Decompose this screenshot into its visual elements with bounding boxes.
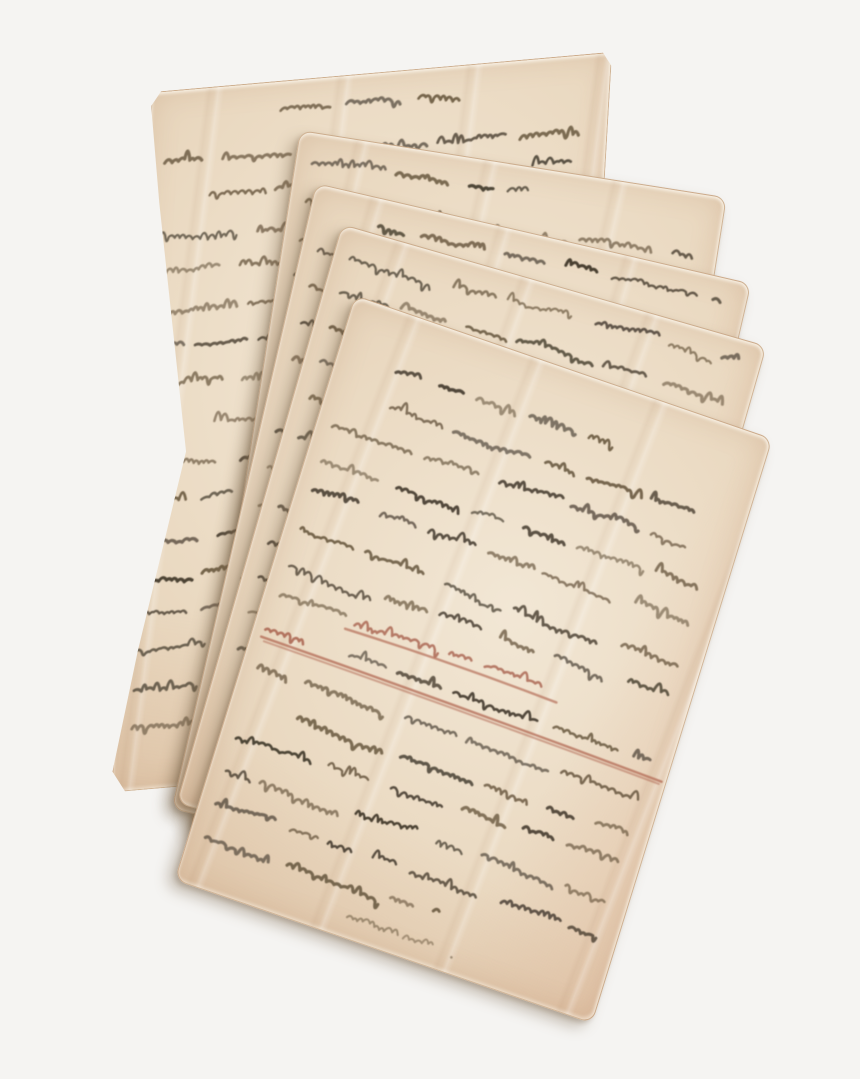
manuscript-stack bbox=[0, 0, 860, 1079]
photo-stage bbox=[0, 0, 860, 1079]
